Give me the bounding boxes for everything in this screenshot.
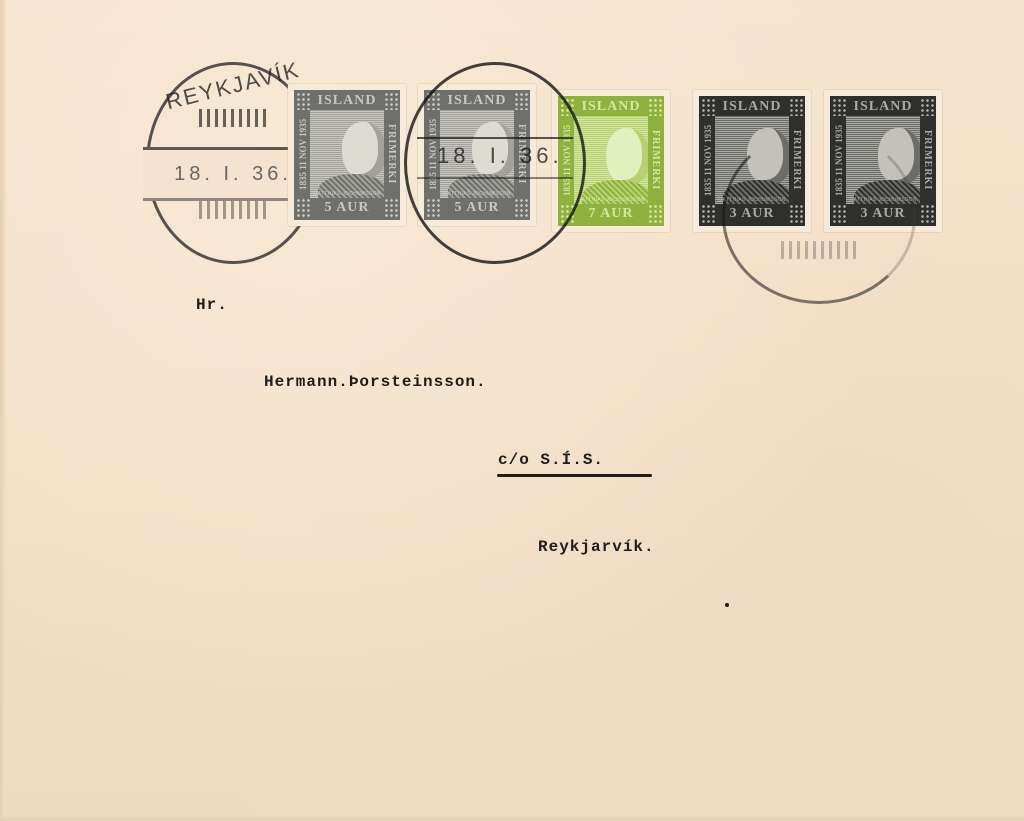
stamp-portrait-name: MATTHIAS JOCHUMSSON: [310, 191, 384, 197]
stamp-country: ISLAND: [574, 98, 648, 116]
stamp-side-label: FRIMERKI: [384, 110, 398, 198]
stamp-side-label: FRIMERKI: [648, 116, 662, 204]
stamp-value: 7 AUR: [574, 204, 648, 224]
stamp-value: 3 AUR: [846, 204, 920, 224]
envelope-edge: [0, 0, 6, 821]
stamp-portrait-name: MATTHIAS JOCHUMSSON: [715, 197, 789, 203]
portrait-image: MATTHIAS JOCHUMSSON: [440, 110, 514, 198]
envelope-edge: [0, 817, 1024, 821]
stamp-1: ISLAND 1835 11 NOV 1935 FRIMERKI MATTHIA…: [288, 84, 406, 226]
recipient-name: Hermann.Þorsteinsson.: [264, 373, 487, 391]
portrait-image: MATTHIAS JOCHUMSSON: [310, 110, 384, 198]
salutation: Hr.: [196, 296, 228, 314]
stamp-4: ISLAND 1835 11 NOV 1935 FRIMERKI MATTHIA…: [693, 90, 811, 232]
care-of-line: c/o S.Í.S.: [498, 451, 604, 469]
stamp-country: ISLAND: [846, 98, 920, 116]
stamp-3: ISLAND 1835 11 NOV 1935 FRIMERKI MATTHIA…: [552, 90, 670, 232]
stamp-portrait-name: MATTHIAS JOCHUMSSON: [846, 197, 920, 203]
stamp-value: 5 AUR: [310, 198, 384, 218]
care-of-underline: [497, 474, 652, 477]
stamp-country: ISLAND: [440, 92, 514, 110]
recipient-city: Reykjarvík.: [538, 538, 655, 556]
stamp-issue-text: 1835 11 NOV 1935: [560, 116, 574, 204]
typewriter-dot: [725, 603, 729, 607]
stamp-portrait-name: MATTHIAS JOCHUMSSON: [574, 197, 648, 203]
stamp-issue-text: 1835 11 NOV 1935: [296, 110, 310, 198]
stamp-value: 5 AUR: [440, 198, 514, 218]
portrait-image: MATTHIAS JOCHUMSSON: [846, 116, 920, 204]
stamp-value: 3 AUR: [715, 204, 789, 224]
stamp-portrait-name: MATTHIAS JOCHUMSSON: [440, 191, 514, 197]
stamp-issue-text: 1835 11 NOV 1935: [701, 116, 715, 204]
stamp-side-label: FRIMERKI: [920, 116, 934, 204]
postmark-bars: [199, 201, 266, 219]
stamp-side-label: FRIMERKI: [789, 116, 803, 204]
stamp-issue-text: 1835 11 NOV 1935: [426, 110, 440, 198]
stamp-5: ISLAND 1835 11 NOV 1935 FRIMERKI MATTHIA…: [824, 90, 942, 232]
stamp-issue-text: 1835 11 NOV 1935: [832, 116, 846, 204]
stamp-2: ISLAND 1835 11 NOV 1935 FRIMERKI MATTHIA…: [418, 84, 536, 226]
portrait-image: MATTHIAS JOCHUMSSON: [715, 116, 789, 204]
postmark-bars: [781, 241, 856, 259]
stamp-country: ISLAND: [310, 92, 384, 110]
stamp-side-label: FRIMERKI: [514, 110, 528, 198]
envelope: REYKJAVÍK 18. I. 36. ISLAND 1835 11 NOV …: [0, 0, 1024, 821]
stamp-country: ISLAND: [715, 98, 789, 116]
postmark-bars: [199, 109, 266, 127]
portrait-image: MATTHIAS JOCHUMSSON: [574, 116, 648, 204]
